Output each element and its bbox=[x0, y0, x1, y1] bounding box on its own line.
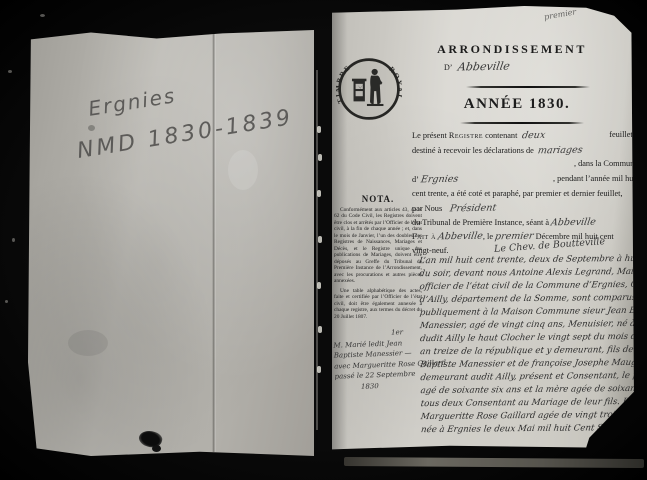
page-crease bbox=[212, 34, 216, 452]
feuillets-count-handwritten: deux bbox=[521, 130, 546, 141]
page-edge-strip bbox=[344, 457, 644, 468]
divider-rule bbox=[460, 122, 584, 124]
margin-note-handwritten: 1er M. Marié ledit Jean Baptiste Manessi… bbox=[333, 326, 431, 392]
form-line: cent trente, a été coté et paraphé, par … bbox=[412, 189, 638, 198]
binding-stitch bbox=[318, 236, 322, 243]
paper-stain bbox=[88, 125, 95, 131]
form-line: d’ Ergnies , pendant l’année mil huit bbox=[412, 174, 638, 185]
arrondissement-line: D’Abbeville bbox=[444, 60, 510, 73]
form-text: feuillets, bbox=[609, 130, 638, 141]
nota-title: NOTA. bbox=[334, 194, 422, 204]
left-page: Ergnies NMD 1830-1839 bbox=[28, 30, 314, 456]
dust-speck bbox=[5, 300, 8, 303]
dust-speck bbox=[40, 14, 45, 17]
manuscript-act-entry: L’an mil huit cent trente, deux de Septe… bbox=[419, 253, 639, 437]
nota-column: NOTA. Conformément aux articles 43, 44 e… bbox=[334, 194, 422, 320]
form-line: , dans la Commune bbox=[412, 159, 638, 168]
form-text: d’ Ergnies bbox=[412, 174, 458, 185]
spine-edge bbox=[316, 70, 318, 430]
nota-paragraph: Une table alphabétique des actes, faite … bbox=[334, 288, 422, 320]
d-label: D’ bbox=[444, 63, 452, 72]
form-line: par Nous Président bbox=[412, 203, 638, 214]
nota-paragraph: Conformément aux articles 43, 44 et 62 d… bbox=[334, 207, 422, 285]
arrondissement-heading: ARRONDISSEMENT bbox=[422, 42, 602, 57]
form-line: destiné à recevoir les déclarations de m… bbox=[412, 145, 638, 156]
arrondissement-value-handwritten: Abbeville bbox=[457, 60, 511, 74]
manuscript-line: Margueritte Rose Gaillard agée de vingt … bbox=[420, 409, 640, 424]
annee-heading: ANNÉE 1830. bbox=[432, 96, 602, 113]
dust-speck bbox=[12, 238, 15, 242]
binding-stitch bbox=[318, 326, 322, 333]
binding-stitch bbox=[317, 190, 321, 197]
manuscript-line: née à Ergnies le deux Mai mil huit Cent … bbox=[420, 422, 640, 437]
binding-stitch bbox=[317, 282, 321, 289]
magistrate-title-handwritten: Président bbox=[450, 203, 498, 215]
tribunal-city-handwritten: Abbeville bbox=[550, 217, 597, 229]
timbre-royal-stamp-icon: TIMBRE ROYAL bbox=[336, 56, 402, 122]
paper-stain bbox=[68, 330, 108, 356]
right-page: premier TIMBRE ROYAL bbox=[332, 6, 642, 452]
form-line: Le présent Registre contenant deux feuil… bbox=[412, 130, 638, 141]
binding-stitch bbox=[317, 126, 321, 133]
fait-a-city-handwritten: Abbeville bbox=[437, 231, 484, 243]
form-text: , pendant l’année mil huit bbox=[553, 174, 638, 185]
corner-handwritten-note: premier bbox=[543, 7, 576, 21]
form-text: Le présent Registre contenant deux bbox=[412, 130, 545, 141]
acte-type-handwritten: mariages bbox=[537, 145, 583, 157]
dust-speck bbox=[8, 70, 12, 73]
ink-blot bbox=[152, 445, 161, 452]
scanned-register-page: Ergnies NMD 1830-1839 premier TIMBRE bbox=[0, 0, 647, 480]
binding-stitch bbox=[318, 154, 322, 161]
divider-rule bbox=[466, 86, 590, 88]
form-line: du Tribunal de Première Instance, séant … bbox=[412, 217, 638, 228]
commune-name-handwritten: Ergnies bbox=[420, 174, 459, 186]
pencil-title-commune: Ergnies bbox=[87, 83, 178, 121]
paper-stain bbox=[228, 150, 258, 190]
binding-stitch bbox=[317, 366, 321, 373]
